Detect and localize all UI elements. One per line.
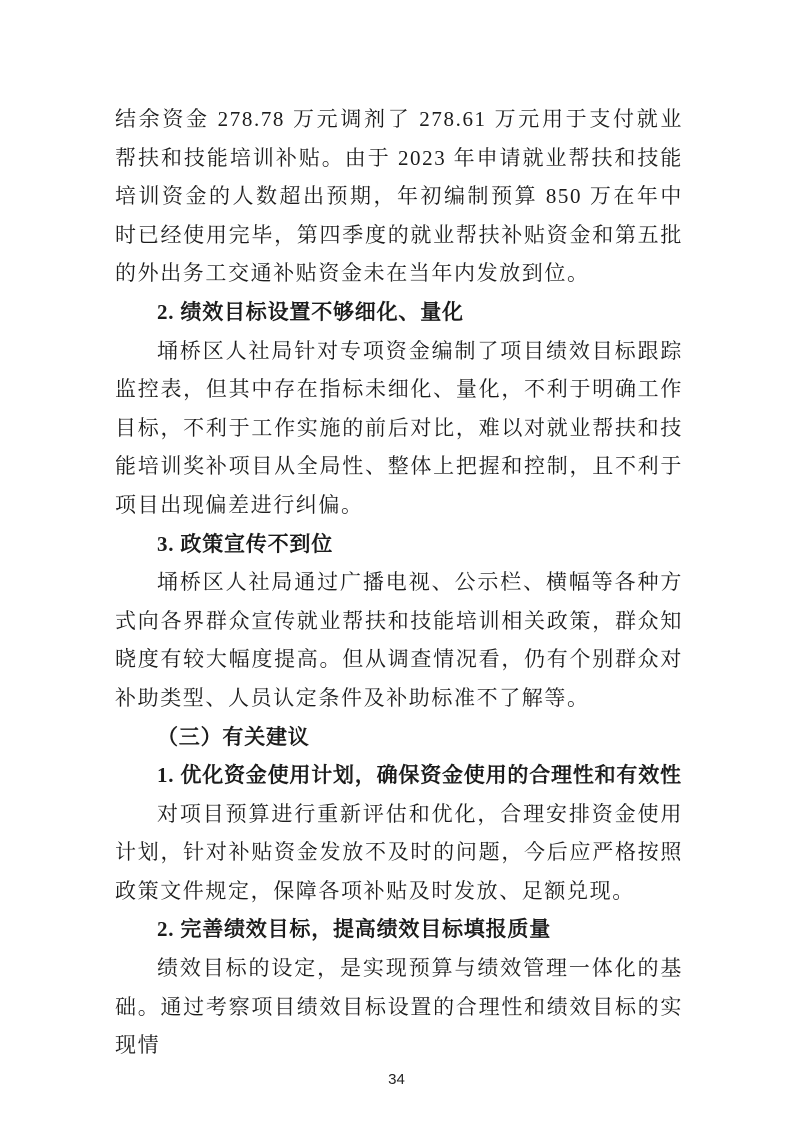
body-paragraph: 结余资金 278.78 万元调剂了 278.61 万元用于支付就业帮扶和技能培训…	[115, 100, 683, 293]
body-paragraph: 绩效目标的设定，是实现预算与绩效管理一体化的基础。通过考察项目绩效目标设置的合理…	[115, 949, 683, 1065]
body-paragraph: 埇桥区人社局针对专项资金编制了项目绩效目标跟踪监控表，但其中存在指标未细化、量化…	[115, 332, 683, 525]
body-paragraph: 埇桥区人社局通过广播电视、公示栏、横幅等各种方式向各界群众宣传就业帮扶和技能培训…	[115, 563, 683, 717]
document-page: 结余资金 278.78 万元调剂了 278.61 万元用于支付就业帮扶和技能培训…	[0, 0, 793, 1122]
section-heading-optimize-fund-plan: 1. 优化资金使用计划，确保资金使用的合理性和有效性	[115, 756, 683, 795]
body-paragraph: 对项目预算进行重新评估和优化，合理安排资金使用计划，针对补贴资金发放不及时的问题…	[115, 795, 683, 911]
section-heading-policy-publicity: 3. 政策宣传不到位	[115, 525, 683, 564]
section-heading-suggestions: （三）有关建议	[115, 718, 683, 757]
section-heading-performance-targets: 2. 绩效目标设置不够细化、量化	[115, 293, 683, 332]
section-heading-improve-performance-targets: 2. 完善绩效目标，提高绩效目标填报质量	[115, 910, 683, 949]
document-body: 结余资金 278.78 万元调剂了 278.61 万元用于支付就业帮扶和技能培训…	[115, 100, 683, 1065]
page-number: 34	[0, 1071, 793, 1088]
